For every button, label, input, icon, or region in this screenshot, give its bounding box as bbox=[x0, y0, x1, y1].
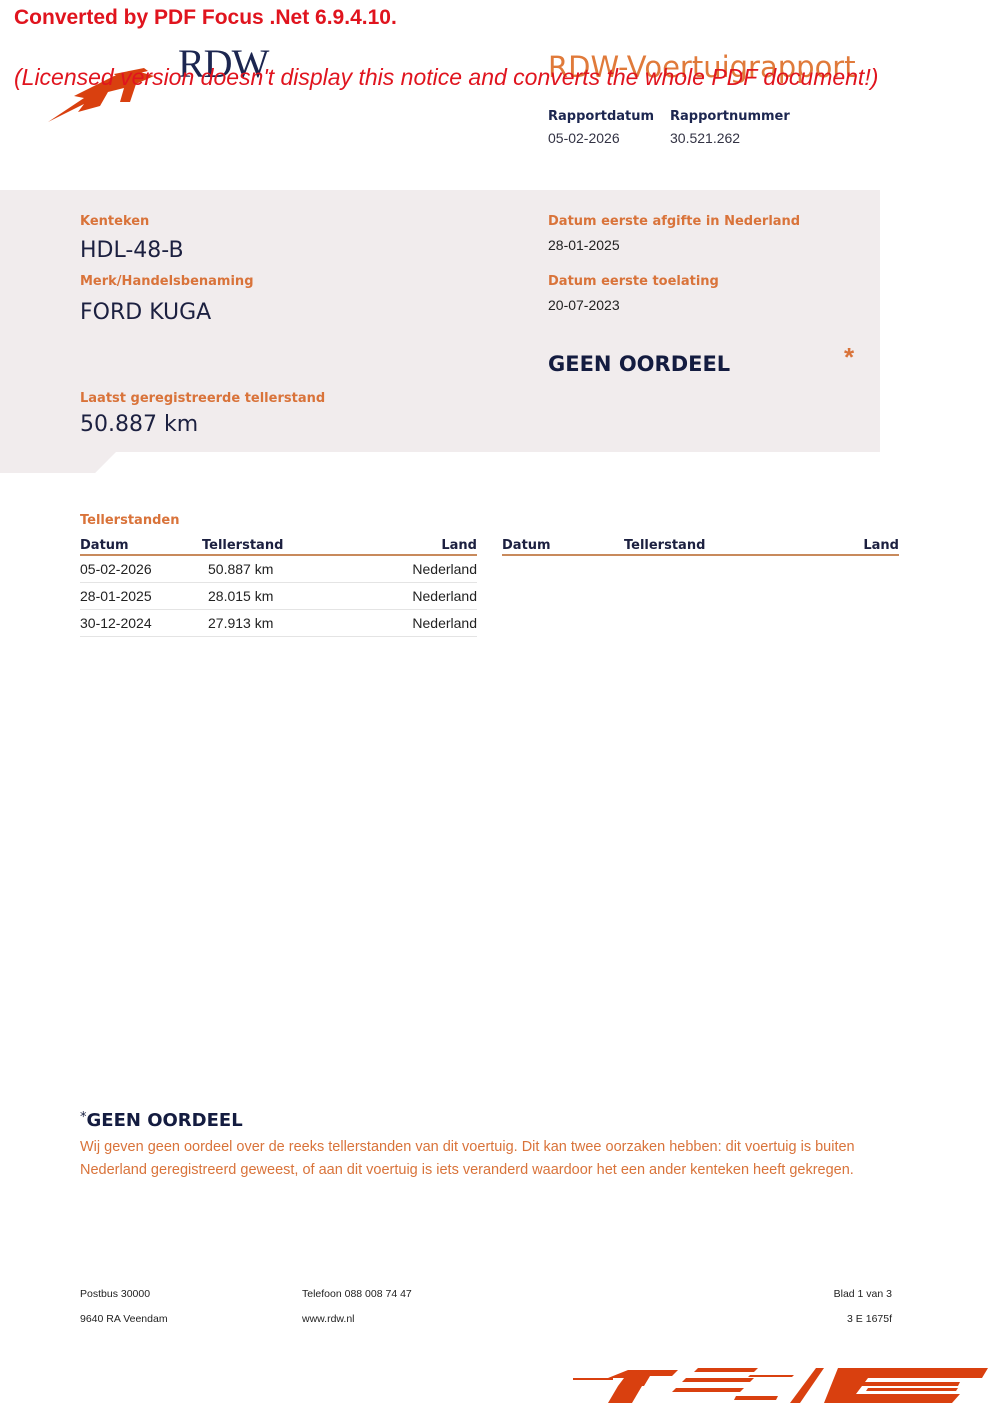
header-datum: Datum bbox=[502, 538, 624, 553]
tellerstand-label: Laatst geregistreerde tellerstand bbox=[80, 391, 325, 406]
footer-phone: Telefoon 088 008 74 47 bbox=[302, 1288, 412, 1300]
license-notice: (Licensed version doesn't display this n… bbox=[14, 64, 878, 91]
verdict-status: GEEN OORDEEL bbox=[548, 352, 730, 376]
cell-tellerstand: 50.887 km bbox=[202, 561, 322, 577]
header-land: Land bbox=[322, 538, 477, 553]
table-header: Datum Tellerstand Land bbox=[80, 535, 477, 556]
footnote-text: Wij geven geen oordeel over de reeks tel… bbox=[80, 1136, 860, 1182]
cell-tellerstand: 27.913 km bbox=[202, 615, 322, 631]
report-number-label: Rapportnummer bbox=[670, 109, 790, 124]
footer-address-line2: 9640 RA Veendam bbox=[80, 1313, 168, 1325]
footnote-title: *GEEN OORDEEL bbox=[80, 1110, 243, 1131]
report-date-label: Rapportdatum bbox=[548, 109, 654, 124]
footer-website-link[interactable]: www.rdw.nl bbox=[302, 1313, 355, 1325]
panel-tail-decoration bbox=[0, 452, 116, 473]
footer-address-line1: Postbus 30000 bbox=[80, 1288, 150, 1300]
merk-value: FORD KUGA bbox=[80, 300, 211, 325]
afgifte-value: 28-01-2025 bbox=[548, 237, 620, 253]
cell-tellerstand: 28.015 km bbox=[202, 588, 322, 604]
table-row: 30-12-2024 27.913 km Nederland bbox=[80, 610, 477, 637]
toelating-value: 20-07-2023 bbox=[548, 297, 620, 313]
header-land: Land bbox=[744, 538, 899, 553]
footer-page-number: Blad 1 van 3 bbox=[834, 1288, 892, 1300]
table-row: 05-02-2026 50.887 km Nederland bbox=[80, 556, 477, 583]
table-row: 28-01-2025 28.015 km Nederland bbox=[80, 583, 477, 610]
converter-notice: Converted by PDF Focus .Net 6.9.4.10. bbox=[14, 6, 397, 30]
cell-land: Nederland bbox=[322, 561, 477, 577]
table-header: Datum Tellerstand Land bbox=[502, 535, 899, 556]
cell-datum: 30-12-2024 bbox=[80, 615, 202, 631]
tellerstand-value: 50.887 km bbox=[80, 412, 198, 437]
header-tellerstand: Tellerstand bbox=[624, 538, 744, 553]
odometer-section-title: Tellerstanden bbox=[80, 513, 179, 528]
afgifte-label: Datum eerste afgifte in Nederland bbox=[548, 214, 800, 229]
report-date-value: 05-02-2026 bbox=[548, 130, 620, 146]
cell-land: Nederland bbox=[322, 588, 477, 604]
footnote-title-text: GEEN OORDEEL bbox=[87, 1110, 243, 1131]
report-number-value: 30.521.262 bbox=[670, 130, 740, 146]
header-datum: Datum bbox=[80, 538, 202, 553]
cell-datum: 28-01-2025 bbox=[80, 588, 202, 604]
merk-label: Merk/Handelsbenaming bbox=[80, 274, 254, 289]
odometer-table-left: Datum Tellerstand Land 05-02-2026 50.887… bbox=[80, 535, 477, 637]
verdict-footnote-marker[interactable]: * bbox=[844, 342, 854, 373]
toelating-label: Datum eerste toelating bbox=[548, 274, 719, 289]
cell-land: Nederland bbox=[322, 615, 477, 631]
kenteken-value: HDL-48-B bbox=[80, 238, 184, 263]
cell-datum: 05-02-2026 bbox=[80, 561, 202, 577]
kenteken-label: Kenteken bbox=[80, 214, 149, 229]
odometer-table-right: Datum Tellerstand Land bbox=[502, 535, 899, 556]
footer-document-code: 3 E 1675f bbox=[847, 1313, 892, 1325]
header-tellerstand: Tellerstand bbox=[202, 538, 322, 553]
rdw-stripe-decoration-icon bbox=[568, 1362, 991, 1403]
